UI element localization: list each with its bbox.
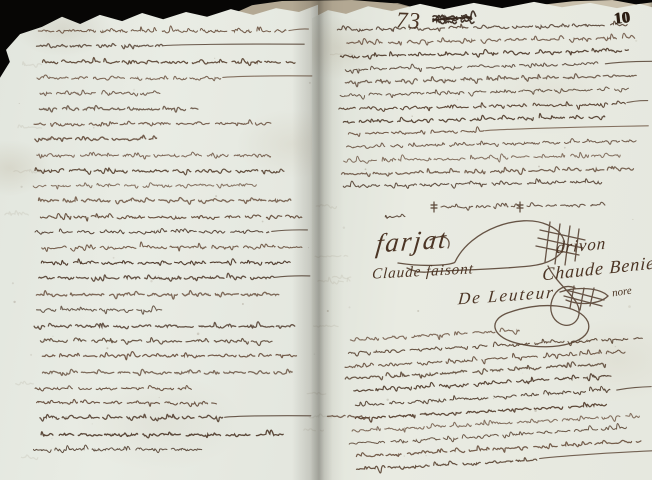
- folio-number: 73: [396, 8, 422, 35]
- manuscript-photo: 73 10 farjat drivon Claude faisont Chaud…: [0, 0, 652, 480]
- signature-farjat: farjat: [374, 223, 449, 259]
- handwriting-layer: [0, 0, 652, 480]
- left-page-text: [33, 26, 312, 453]
- bleed-through-ghosts: [5, 40, 637, 460]
- corner-folio-mark: 10: [613, 9, 631, 29]
- right-page-text: [337, 19, 652, 190]
- right-page-closing-text: [343, 320, 652, 475]
- signature-stray-mark: [385, 214, 405, 218]
- interline-note: [431, 202, 605, 212]
- scratched-out-mark: [433, 11, 476, 24]
